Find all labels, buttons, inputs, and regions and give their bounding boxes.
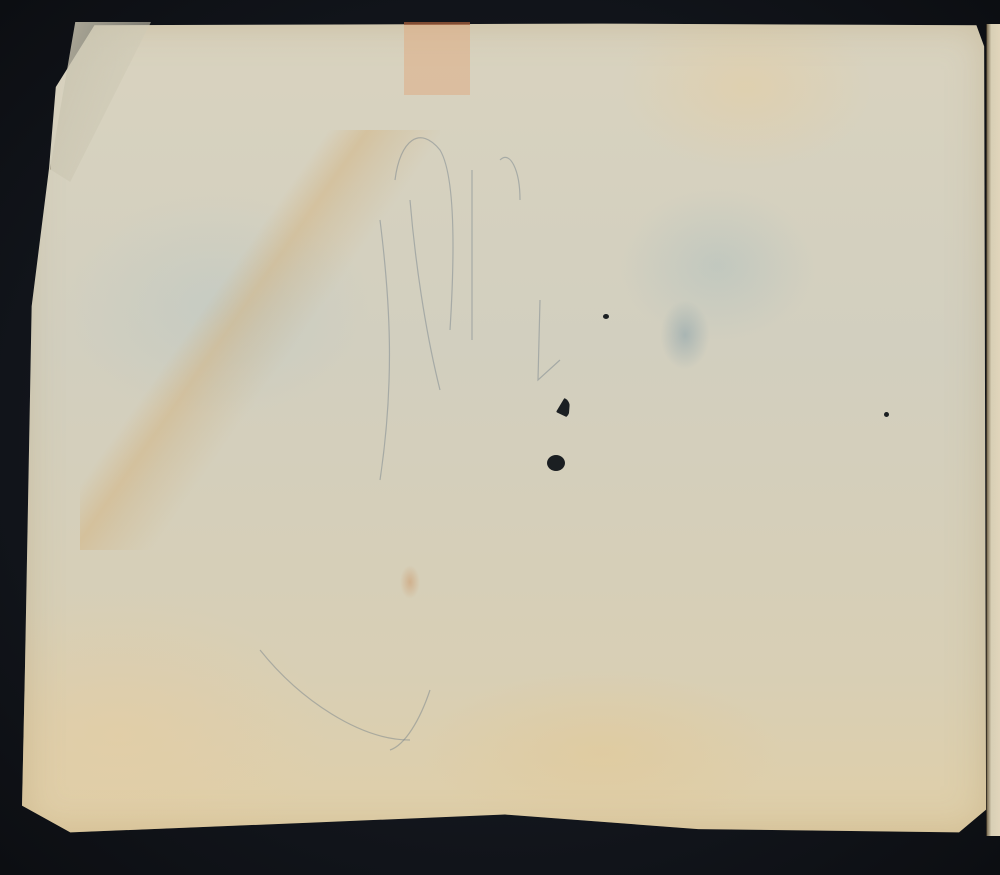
pencil-sketch-lines <box>0 0 1000 875</box>
rust-spot <box>400 565 420 599</box>
photo-scene: Photograph of an aged, blank book page w… <box>0 0 1000 875</box>
blue-smudge <box>660 300 710 370</box>
ink-spot <box>884 412 889 417</box>
ink-spot <box>603 314 609 319</box>
ink-spot <box>547 455 565 471</box>
